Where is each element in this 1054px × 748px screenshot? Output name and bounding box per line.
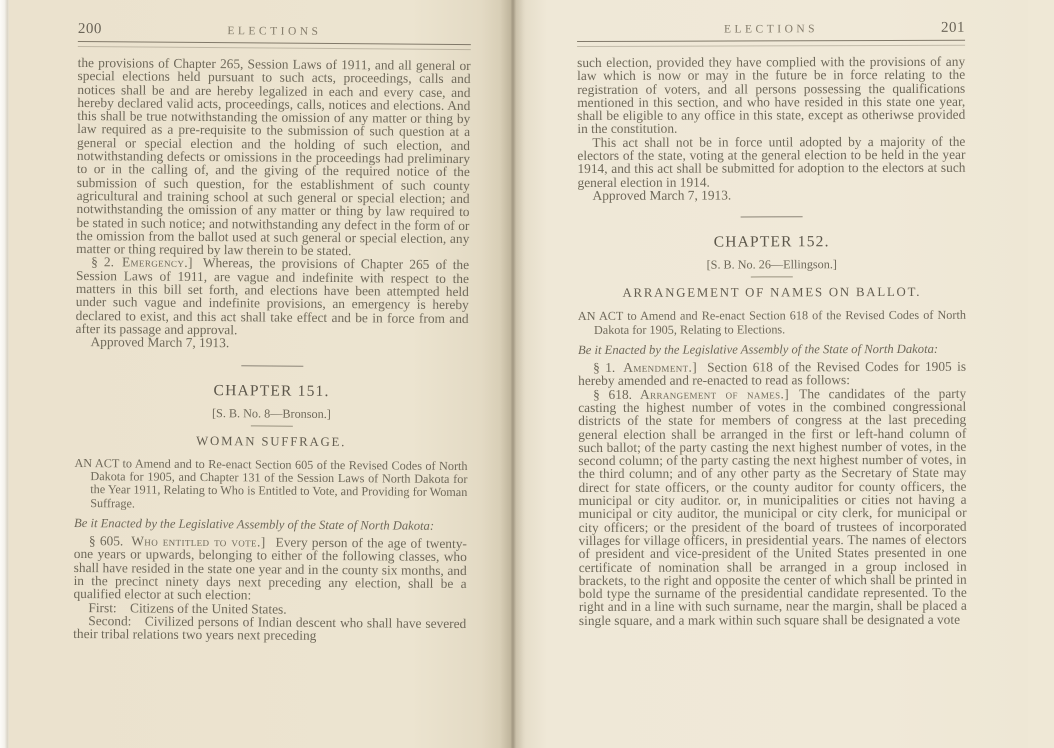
section-618-text: The candidates of the party casting the … bbox=[578, 385, 967, 627]
right-running-header: ELECTIONS 201 bbox=[577, 21, 965, 38]
chapter-152-enacting-clause: Be it Enacted by the Legislative Assembl… bbox=[578, 342, 966, 357]
right-page-number: 201 bbox=[917, 21, 965, 36]
chapter-151-enacting-clause: Be it Enacted by the Legislative Assembl… bbox=[74, 516, 467, 533]
section-1-paragraph: § 1.Amendment.]Section 618 of the Revise… bbox=[578, 360, 966, 388]
left-header-rule bbox=[78, 41, 471, 50]
left-running-head-title: ELECTIONS bbox=[126, 23, 423, 40]
chapter-152-subject: ARRANGEMENT OF NAMES ON BALLOT. bbox=[578, 285, 966, 301]
section-2-paragraph: § 2.Emergency.]Whereas, the provisions o… bbox=[76, 255, 470, 338]
right-page-content: ELECTIONS 201 such election, provided th… bbox=[577, 21, 967, 627]
chapter-152-divider bbox=[741, 217, 803, 218]
chapter-151-act-summary: AN ACT to Amend and to Re-enact Section … bbox=[74, 457, 467, 514]
chapter-152-heading: CHAPTER 152. bbox=[578, 233, 966, 251]
right-approved-line: Approved March 7, 1913. bbox=[578, 188, 966, 203]
section-618-paragraph: § 618.Arrangement of names.]The candidat… bbox=[578, 386, 967, 627]
chapter-152-act-summary: AN ACT to Amend and Re-enact Section 618… bbox=[578, 309, 966, 337]
section-2-text: Whereas, the provisions of Chapter 265 o… bbox=[76, 255, 470, 337]
right-page: ELECTIONS 201 such election, provided th… bbox=[511, 0, 1028, 748]
right-second-paragraph: This act shall not be in force until ado… bbox=[577, 135, 965, 189]
book-scan: 200 ELECTIONS the provisions of Chapter … bbox=[0, 0, 1054, 748]
chapter-151-bill-line: [S. B. No. 8—Bronson.] bbox=[75, 405, 468, 422]
chapter-151-heading: CHAPTER 151. bbox=[75, 381, 468, 401]
left-running-header: 200 ELECTIONS bbox=[78, 22, 471, 41]
section-605-paragraph: § 605.Who entitled to vote.]Every person… bbox=[73, 534, 467, 604]
left-page-number: 200 bbox=[78, 22, 126, 37]
right-header-rule bbox=[577, 40, 965, 47]
left-page-content: 200 ELECTIONS the provisions of Chapter … bbox=[73, 22, 471, 644]
second-class-item: Second: Civilized persons of Indian desc… bbox=[73, 614, 466, 644]
left-page: 200 ELECTIONS the provisions of Chapter … bbox=[9, 0, 511, 748]
chapter-152-bill-line: [S. B. No. 26—Ellingson.] bbox=[578, 257, 966, 272]
left-paper-edge bbox=[0, 0, 9, 748]
chapter-152-small-divider bbox=[751, 277, 793, 278]
chapter-151-small-divider bbox=[250, 425, 292, 426]
right-running-head-title: ELECTIONS bbox=[625, 22, 917, 38]
left-continuation-paragraph: the provisions of Chapter 265, Session L… bbox=[76, 56, 471, 259]
chapter-151-divider bbox=[241, 365, 303, 366]
left-approved-line: Approved March 7, 1913. bbox=[75, 335, 468, 351]
right-continuation-paragraph: such election, provided they have compli… bbox=[577, 55, 965, 136]
chapter-151-subject: WOMAN SUFFRAGE. bbox=[75, 433, 468, 451]
